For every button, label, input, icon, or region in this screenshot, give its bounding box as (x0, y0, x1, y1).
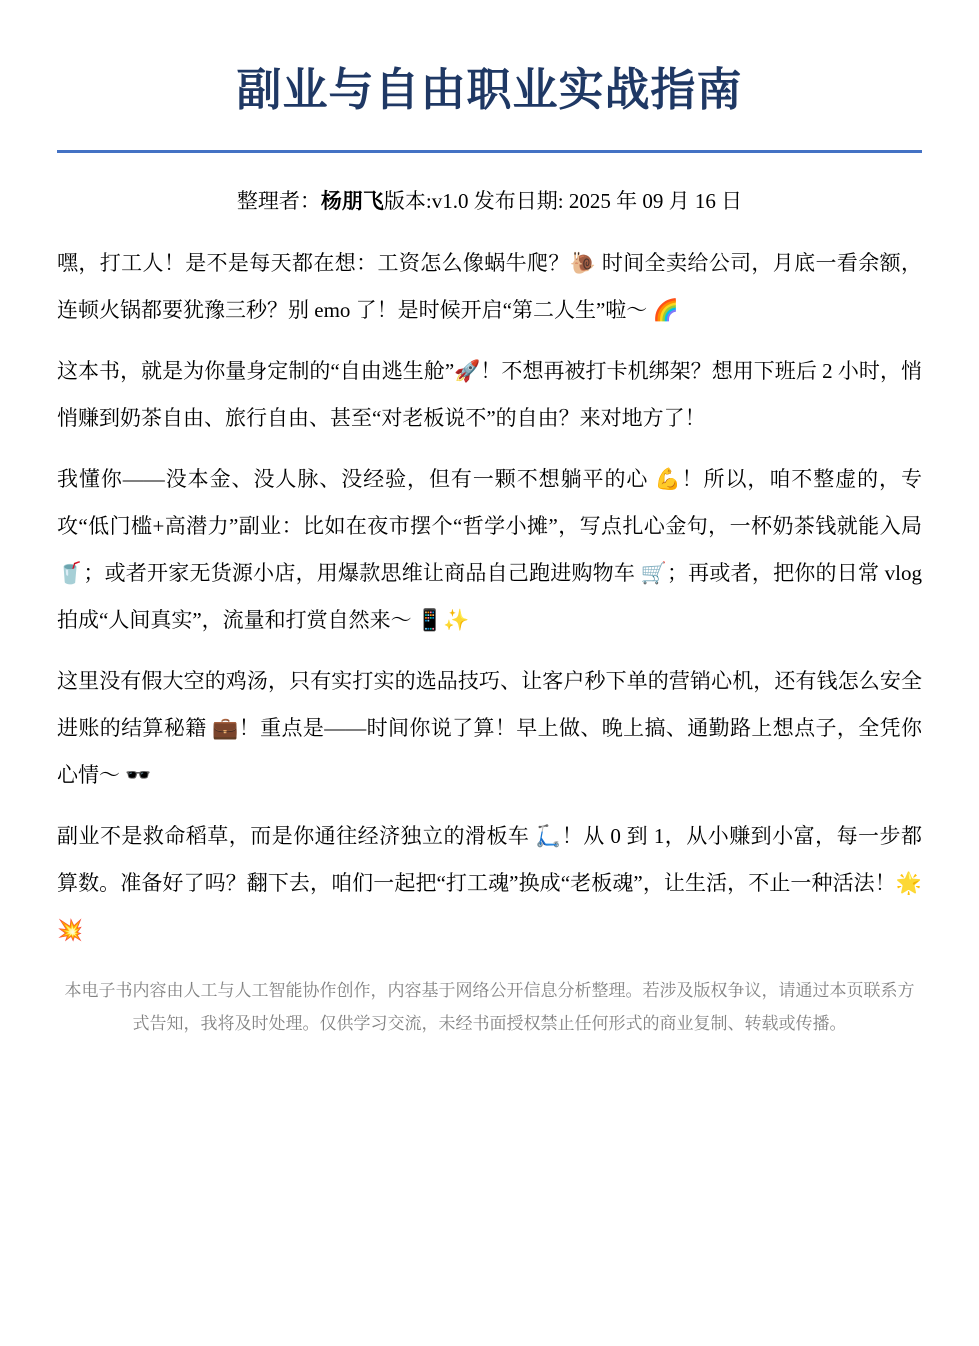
title-divider (57, 150, 922, 153)
body-paragraph: 我懂你——没本金、没人脉、没经验，但有一颗不想躺平的心 💪！所以，咱不整虚的，专… (57, 456, 922, 644)
author-name: 杨朋飞 (321, 190, 384, 213)
document-page: 副业与自由职业实战指南 整理者：杨朋飞版本:v1.0 发布日期: 2025 年 … (0, 0, 979, 1346)
body-paragraph: 副业不是救命稻草，而是你通往经济独立的滑板车 🛴！从 0 到 1，从小赚到小富，… (57, 813, 922, 954)
page-content: 副业与自由职业实战指南 整理者：杨朋飞版本:v1.0 发布日期: 2025 年 … (0, 60, 979, 1040)
page-title: 副业与自由职业实战指南 (57, 60, 922, 120)
body-paragraph: 这里没有假大空的鸡汤，只有实打实的选品技巧、让客户秒下单的营销心机，还有钱怎么安… (57, 658, 922, 799)
copyright-disclaimer: 本电子书内容由人工与人工智能协作创作，内容基于网络公开信息分析整理。若涉及版权争… (57, 974, 922, 1040)
meta-line: 整理者：杨朋飞版本:v1.0 发布日期: 2025 年 09 月 16 日 (57, 187, 922, 216)
body-text: 嘿，打工人！是不是每天都在想：工资怎么像蜗牛爬？🐌 时间全卖给公司，月底一看余额… (57, 240, 922, 954)
body-paragraph: 这本书，就是为你量身定制的“自由逃生舱”🚀！不想再被打卡机绑架？想用下班后 2 … (57, 348, 922, 442)
compiler-label: 整理者： (237, 189, 321, 213)
body-paragraph: 嘿，打工人！是不是每天都在想：工资怎么像蜗牛爬？🐌 时间全卖给公司，月底一看余额… (57, 240, 922, 334)
release-date: 发布日期: 2025 年 09 月 16 日 (474, 189, 742, 213)
version-label: 版本:v1.0 (384, 189, 469, 213)
